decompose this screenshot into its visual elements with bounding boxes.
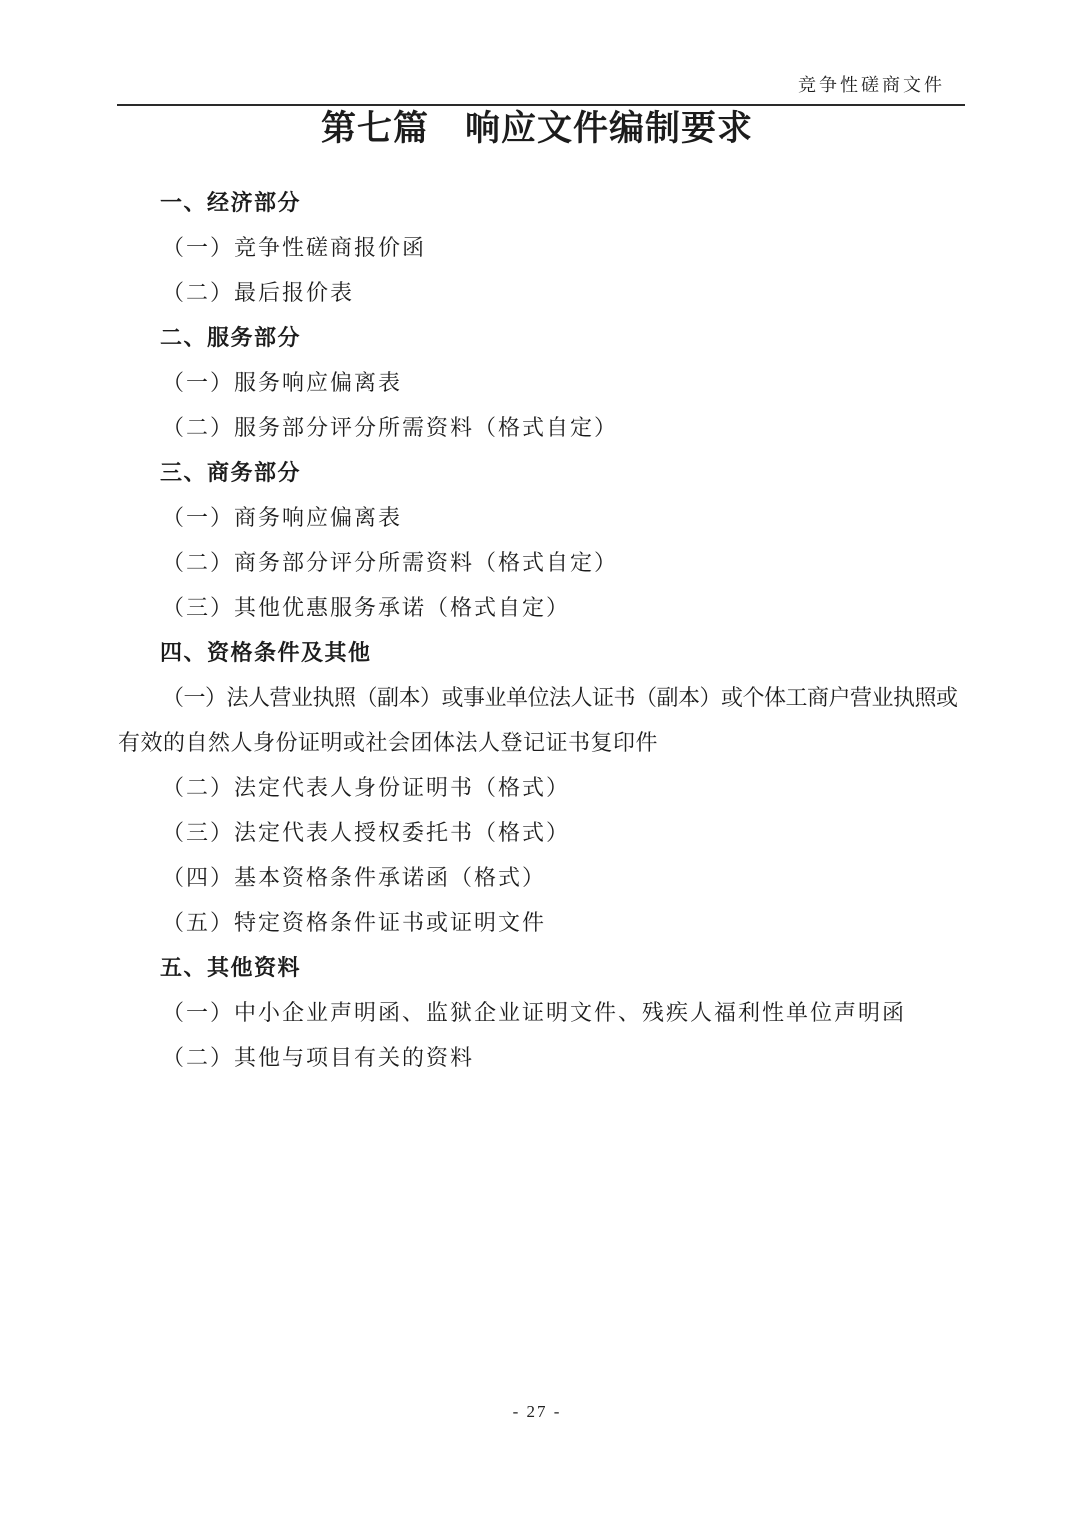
document-header-label: 竞争性磋商文件 bbox=[798, 72, 945, 98]
list-item-continuation: 有效的自然人身份证明或社会团体法人登记证书复印件 bbox=[118, 720, 966, 765]
list-item: （三）法定代表人授权委托书（格式） bbox=[118, 810, 966, 855]
page-number: - 27 - bbox=[0, 1402, 1074, 1422]
document-page: 竞争性磋商文件 第七篇 响应文件编制要求 一、经济部分 （一）竞争性磋商报价函 … bbox=[0, 0, 1074, 1520]
list-item: （一）法人营业执照（副本）或事业单位法人证书（副本）或个体工商户营业执照或 bbox=[118, 675, 966, 720]
list-item: （一）商务响应偏离表 bbox=[118, 495, 966, 540]
list-item: （二）其他与项目有关的资料 bbox=[118, 1035, 966, 1080]
list-item: （二）法定代表人身份证明书（格式） bbox=[118, 765, 966, 810]
section-2-heading: 二、服务部分 bbox=[118, 315, 966, 360]
list-item: （二）服务部分评分所需资料（格式自定） bbox=[118, 405, 966, 450]
list-item: （二）商务部分评分所需资料（格式自定） bbox=[118, 540, 966, 585]
section-1-heading: 一、经济部分 bbox=[118, 180, 966, 225]
list-item: （三）其他优惠服务承诺（格式自定） bbox=[118, 585, 966, 630]
list-item: （四）基本资格条件承诺函（格式） bbox=[118, 855, 966, 900]
list-item: （一）竞争性磋商报价函 bbox=[118, 225, 966, 270]
section-4-heading: 四、资格条件及其他 bbox=[118, 630, 966, 675]
list-item: （一）中小企业声明函、监狱企业证明文件、残疾人福利性单位声明函 bbox=[118, 990, 966, 1035]
section-3-heading: 三、商务部分 bbox=[118, 450, 966, 495]
section-5-heading: 五、其他资料 bbox=[118, 945, 966, 990]
document-body: 一、经济部分 （一）竞争性磋商报价函 （二）最后报价表 二、服务部分 （一）服务… bbox=[118, 180, 966, 1080]
page-title: 第七篇 响应文件编制要求 bbox=[0, 104, 1074, 154]
list-item: （二）最后报价表 bbox=[118, 270, 966, 315]
list-item: （一）服务响应偏离表 bbox=[118, 360, 966, 405]
list-item: （五）特定资格条件证书或证明文件 bbox=[118, 900, 966, 945]
